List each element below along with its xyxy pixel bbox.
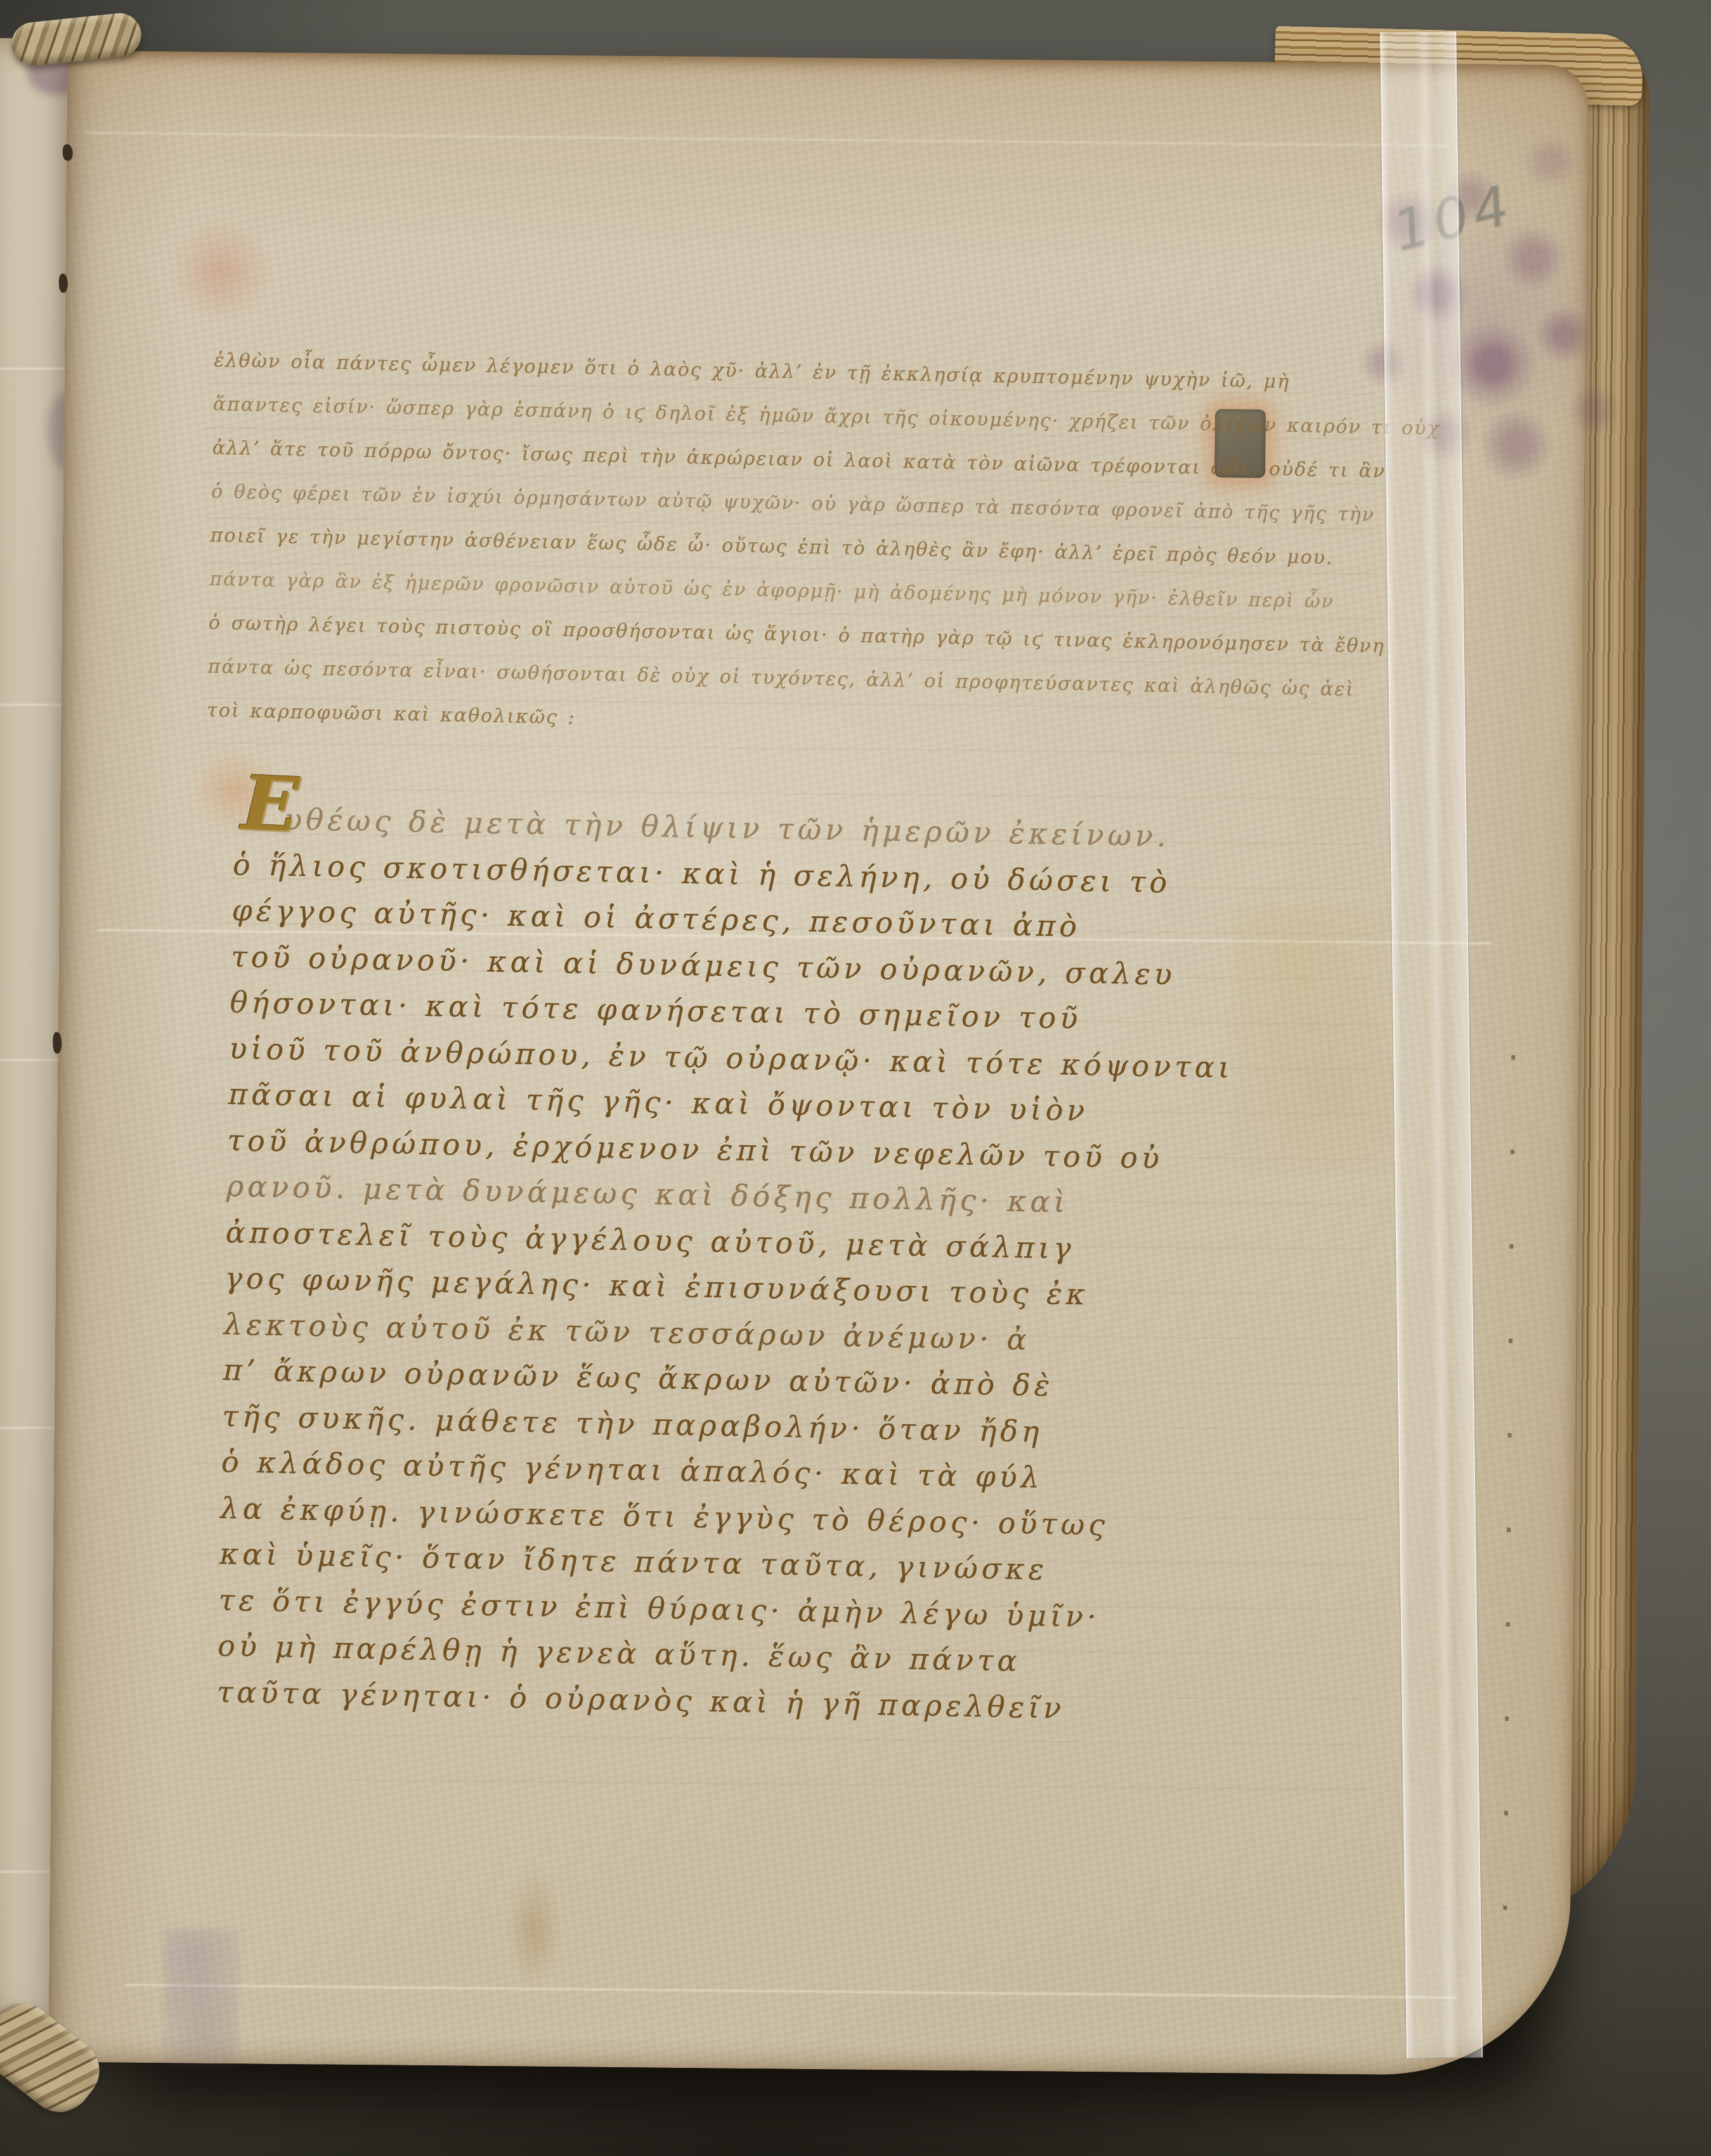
purple-smudge — [162, 1928, 240, 2068]
commentary-text-block: ἐλθὼν οἷα πάντες ὦμεν λέγομεν ὅτι ὁ λαὸς… — [207, 339, 1305, 754]
yellow-stain — [1230, 905, 1398, 1172]
illuminated-initial-epsilon: Ε — [240, 765, 300, 843]
gospel-text-block: υθέως δὲ μετὰ τὴν θλίψιν τῶν ἡμερῶν ἐκεί… — [216, 795, 1223, 1734]
brown-smudge — [505, 1868, 564, 1989]
manuscript-page: ἐλθὼν οἷα πάντες ὦμεν λέγομεν ὅτι ὁ λαὸς… — [48, 51, 1588, 2077]
sewing-hole — [53, 1032, 62, 1053]
sewing-hole — [59, 274, 68, 293]
pink-stain — [160, 223, 281, 319]
sewing-hole — [63, 145, 73, 161]
parchment-crease — [125, 1984, 1457, 1999]
parchment-crease — [86, 132, 1449, 147]
pricking-marks — [1503, 965, 1516, 1954]
